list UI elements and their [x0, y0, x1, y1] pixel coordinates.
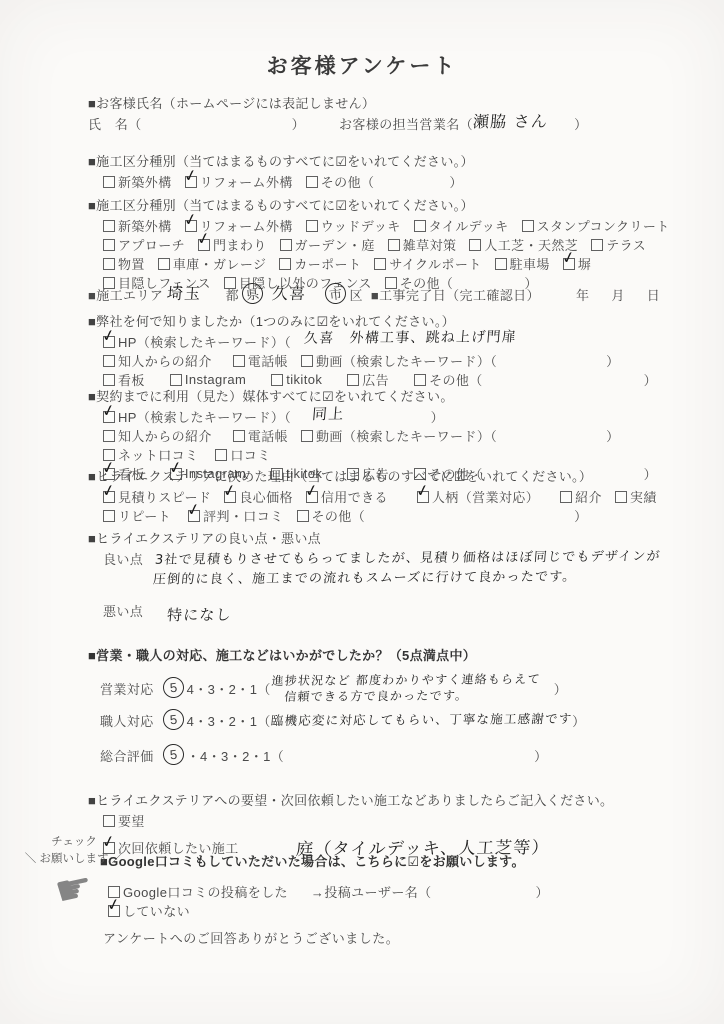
checkbox-option[interactable]: 知人からの紹介	[103, 351, 212, 370]
section-heading: ■施工区分種別（当てはまるものすべてに☑をいれてください。）	[88, 198, 684, 214]
checkbox[interactable]	[233, 430, 245, 442]
checkbox-option[interactable]: 紹介	[560, 487, 602, 506]
blank-space	[154, 755, 160, 756]
checkbox-option[interactable]: 看板	[103, 370, 145, 389]
checkbox-label: 動画（検索したキーワード）（	[316, 351, 497, 370]
blank-space	[103, 575, 153, 576]
printed-text: ）	[606, 426, 619, 445]
printed-text: 総合評価	[100, 746, 154, 765]
checkbox-option[interactable]: ✓信用できる	[306, 487, 388, 506]
form-line: 知人からの紹介電話帳動画（検索したキーワード）（）	[103, 426, 684, 445]
blank-space	[154, 688, 160, 689]
checkbox[interactable]	[103, 374, 115, 386]
printed-text: ）	[534, 746, 547, 765]
section-heading: ■営業・職人の対応、施工などはいかがでしたか？（5点満点中）	[88, 648, 684, 664]
printed-text: ）	[606, 351, 619, 370]
checkbox[interactable]	[301, 355, 313, 367]
checkbox[interactable]	[103, 355, 115, 367]
checkbox-label: HP（検索したキーワード）（	[118, 332, 291, 351]
blank-space	[510, 435, 606, 436]
checkbox-label: 門まわり	[213, 235, 267, 254]
checkbox[interactable]: ✓	[103, 411, 115, 423]
checkbox-label: 人柄（営業対応）	[432, 487, 539, 506]
printed-text: ■施工エリア	[88, 285, 163, 304]
section-heading: ■お客様氏名（ホームページには表記しません）	[88, 96, 684, 112]
printed-text: ）	[554, 679, 567, 698]
checkbox[interactable]: ✓	[198, 239, 210, 251]
checkbox[interactable]: ✓	[306, 491, 318, 503]
handwritten-text: 久喜 外構工事、跳ね上げ門扉	[304, 330, 518, 346]
printed-text: ■工事完了日（完工確認日）	[371, 285, 540, 304]
checkbox[interactable]	[414, 220, 426, 232]
checkbox[interactable]	[591, 239, 603, 251]
checkbox-label: 新築外構	[118, 216, 172, 235]
handwritten-text: 3社で見積もりさせてもらってましたが、見積り価格はほぼ同じでもデザインが	[154, 549, 661, 568]
section-heading: ■Google口コミもしていただいた場合は、こちらに☑をお願いします。	[100, 854, 684, 870]
checkbox-label: 口コミ	[230, 445, 270, 464]
printed-text: 4・3・2・1（	[187, 679, 271, 698]
checkbox-option[interactable]: その他（	[414, 370, 483, 389]
handwritten-text: 久喜	[271, 286, 307, 301]
checkbox[interactable]: ✓	[417, 491, 429, 503]
checkbox-option[interactable]: その他（	[306, 172, 375, 191]
section-ratings: ■営業・職人の対応、施工などはいかがでしたか？（5点満点中） 営業対応54・3・…	[88, 648, 684, 766]
form-line: 要望	[103, 811, 684, 830]
section-area-completion-date: ■施工エリア埼玉都県久喜市区■工事完了日（完工確認日）年月日	[88, 284, 684, 305]
checkbox-option[interactable]: 新築外構	[103, 216, 172, 235]
blank-space	[552, 496, 560, 497]
pen-circle-mark: 市	[324, 282, 347, 305]
form-line: 悪い点特になし	[103, 601, 684, 620]
pen-circle-mark: 5	[162, 675, 185, 698]
checkbox-label: 電話帳	[248, 351, 288, 370]
checkbox[interactable]	[215, 449, 227, 461]
pen-circle-mark: 5	[162, 708, 185, 731]
checkbox[interactable]	[271, 374, 283, 386]
checkbox[interactable]	[388, 239, 400, 251]
stamp-text-line1: チェック	[51, 836, 97, 848]
form-line: ✓していない	[108, 901, 684, 920]
printed-text: →投稿ユーザー名（	[311, 882, 432, 901]
printed-text: ）	[574, 114, 587, 133]
page-title: お客様アンケート	[0, 50, 724, 80]
checkbox-label: 評判・口コミ	[203, 506, 283, 525]
checkbox[interactable]	[170, 374, 182, 386]
checkbox-label: タイルデッキ	[429, 216, 509, 235]
blank-space	[466, 282, 524, 283]
checkbox[interactable]	[103, 176, 115, 188]
form-line: 物置車庫・ガレージカーポートサイクルポート駐車場✓塀	[103, 254, 684, 273]
blank-space	[345, 416, 431, 417]
blank-space	[625, 294, 647, 295]
blank-space	[143, 610, 167, 611]
blank-space	[401, 496, 417, 497]
checkbox-option[interactable]: 動画（検索したキーワード）（	[301, 351, 497, 370]
checkbox[interactable]	[103, 239, 115, 251]
printed-text: お客様の担当営業名（	[339, 114, 473, 133]
form-line: 良い点3社で見積もりさせてもらってましたが、見積り価格はほぼ同じでもデザインが	[103, 549, 684, 568]
printed-text: ）	[536, 882, 549, 901]
printed-text: 都	[226, 285, 239, 304]
checkbox[interactable]	[297, 510, 309, 522]
checkbox-label: 知人からの紹介	[118, 351, 212, 370]
blank-space	[202, 294, 226, 295]
checkbox[interactable]: ✓	[103, 491, 115, 503]
section-good-bad-points: ■ヒライエクステリアの良い点・悪い点 良い点3社で見積もりさせてもらってましたが…	[88, 531, 684, 620]
checkbox-label: ウッドデッキ	[321, 216, 401, 235]
checkbox[interactable]	[560, 491, 572, 503]
checkbox-option[interactable]: ✓評判・口コミ	[188, 506, 283, 525]
checkbox[interactable]	[233, 355, 245, 367]
checkbox-option[interactable]: ネット口コミ	[103, 445, 198, 464]
handwritten-text: 瀬脇 さん	[472, 114, 548, 130]
section-heading: ■契約までに利用（見た）媒体すべてに☑をいれてください。	[88, 389, 684, 405]
handwritten-text: 特になし	[167, 608, 233, 623]
checkbox-option[interactable]: タイルデッキ	[414, 216, 509, 235]
checkbox[interactable]: ✓	[563, 258, 575, 270]
checkbox[interactable]	[301, 430, 313, 442]
blank-space	[301, 891, 311, 892]
printed-text: ）	[574, 506, 587, 525]
checkbox-label: Instagram	[185, 372, 246, 387]
blank-space	[142, 123, 292, 124]
checkbox[interactable]	[103, 258, 115, 270]
blank-space	[387, 181, 449, 182]
blank-space	[305, 123, 339, 124]
blank-space	[540, 294, 576, 295]
checkbox-label: 信用できる	[321, 487, 388, 506]
checkbox-label: 車庫・ガレージ	[173, 254, 267, 273]
blank-space	[143, 558, 155, 559]
form-line: 知人からの紹介電話帳動画（検索したキーワード）（）	[103, 351, 684, 370]
checkbox-label: その他（	[312, 506, 366, 525]
checkbox-option[interactable]: ウッドデッキ	[306, 216, 401, 235]
printed-text: 悪い点	[103, 601, 143, 620]
blank-space	[378, 515, 574, 516]
form-line: 新築外構✓リフォーム外構その他（）	[103, 172, 684, 191]
checkbox-label: 動画（検索したキーワード）（	[316, 426, 497, 445]
checkbox-label: カーポート	[294, 254, 361, 273]
checkbox-option[interactable]: ✓人柄（営業対応）	[417, 487, 539, 506]
printed-text: ）	[644, 370, 657, 389]
checkbox-label: 物置	[118, 254, 145, 273]
printed-text: 良い点	[103, 549, 143, 568]
form-line: ✓HP（検索したキーワード）（久喜 外構工事、跳ね上げ門扉	[103, 332, 684, 351]
checkbox-label: 雑草対策	[403, 235, 457, 254]
section-heading: ■ヒライエクステリアに決めた理由（当てはまるものすべてに☑をいれてください。）	[88, 469, 684, 485]
section-how-found: ■弊社を何で知りましたか（1つのみに☑をいれてください。） ✓HP（検索したキー…	[88, 314, 684, 389]
section-heading: ■弊社を何で知りましたか（1つのみに☑をいれてください。）	[88, 314, 684, 330]
checkbox[interactable]	[522, 220, 534, 232]
checkbox-label: サイクルポート	[389, 254, 481, 273]
checkbox[interactable]	[306, 176, 318, 188]
checkbox-option[interactable]: 要望	[103, 811, 145, 830]
checkbox[interactable]	[414, 374, 426, 386]
printed-text: 職人対応	[100, 711, 154, 730]
checkbox[interactable]	[280, 239, 292, 251]
printed-text: ）	[431, 407, 444, 426]
checkbox[interactable]	[103, 220, 115, 232]
handwritten-text: 圧倒的に良く、施工までの流れもスムーズに行けて良かったです。	[152, 570, 577, 588]
form-line: 新築外構✓リフォーム外構ウッドデッキタイルデッキスタンプコンクリート	[103, 216, 684, 235]
survey-page: お客様アンケート ■お客様氏名（ホームページには表記しません） 氏 名（）お客様…	[0, 0, 724, 1024]
checkbox[interactable]	[306, 220, 318, 232]
handwritten-text: 進捗状況など 都度わかりやすく連絡もらえて信頼できる方で良かったです。	[269, 671, 541, 705]
section-heading: ■施工区分種別（当てはまるものすべてに☑をいれてください。）	[88, 154, 684, 170]
blank-space	[306, 294, 322, 295]
blank-space	[158, 379, 170, 380]
checkbox[interactable]	[374, 258, 386, 270]
blank-space	[252, 847, 296, 848]
form-line: ネット口コミ口コミ	[103, 445, 684, 464]
blank-space	[284, 755, 534, 756]
form-line: ■施工エリア埼玉都県久喜市区■工事完了日（完工確認日）年月日	[88, 284, 684, 305]
checkbox-option[interactable]: 物置	[103, 254, 145, 273]
checkbox-option[interactable]: ✓HP（検索したキーワード）（	[103, 332, 291, 351]
checkbox-option[interactable]: 広告	[347, 370, 389, 389]
checkbox-option[interactable]: ✓門まわり	[198, 235, 267, 254]
check-please-stamp: チェック ＼ お願いします ／ ☛	[14, 834, 134, 910]
checkbox[interactable]	[279, 258, 291, 270]
checkbox-label: 要望	[118, 811, 145, 830]
blank-space	[402, 379, 414, 380]
checkbox-option[interactable]: スタンプコンクリート	[522, 216, 670, 235]
pen-circle-mark: 県	[241, 282, 264, 305]
checkbox-option[interactable]: 口コミ	[215, 445, 270, 464]
checkbox-label: tikitok	[286, 372, 322, 387]
checkbox-option[interactable]: tikitok	[271, 372, 322, 387]
section-heading: ■ヒライエクステリアの良い点・悪い点	[88, 531, 684, 547]
section-requests: ■ヒライエクステリアへの要望・次回依頼したい施工などありましたらご記入ください。…	[88, 793, 684, 857]
check-mark-icon: ✓	[182, 210, 198, 228]
checkbox[interactable]: ✓	[185, 176, 197, 188]
blank-space	[589, 294, 611, 295]
checkbox-option[interactable]: 知人からの紹介	[103, 426, 212, 445]
checkbox-label: 新築外構	[118, 172, 172, 191]
checkbox-label: 駐車場	[510, 254, 550, 273]
printed-text: 氏 名（	[88, 114, 142, 133]
checkbox-label: 広告	[362, 370, 389, 389]
checkbox-option[interactable]: Instagram	[170, 372, 246, 387]
printed-text: ）	[449, 172, 462, 191]
checkbox-option[interactable]: 新築外構	[103, 172, 172, 191]
checkbox-label: 実績	[630, 487, 657, 506]
checkbox-option[interactable]: ✓リフォーム外構	[185, 172, 293, 191]
form-line: 氏 名（）お客様の担当営業名（瀬脇 さん）	[88, 114, 684, 133]
checkbox-option[interactable]: カーポート	[279, 254, 361, 273]
section-construction-type-1: ■施工区分種別（当てはまるものすべてに☑をいれてください。） 新築外構✓リフォー…	[88, 154, 684, 191]
printed-text: 月	[611, 285, 624, 304]
checkbox-label: ガーデン・庭	[295, 235, 375, 254]
checkbox-option[interactable]: 電話帳	[233, 426, 288, 445]
checkbox[interactable]	[347, 374, 359, 386]
checkbox[interactable]	[158, 258, 170, 270]
pen-circle-mark: 5	[162, 743, 185, 766]
checkbox-label: 紹介	[575, 487, 602, 506]
checkbox-label: その他（	[429, 370, 483, 389]
checkbox-label: 塀	[578, 254, 591, 273]
checkbox[interactable]	[103, 510, 115, 522]
checkbox-label: HP（検索したキーワード）（	[118, 407, 291, 426]
blank-space	[335, 379, 347, 380]
check-mark-icon: ✓	[560, 248, 576, 266]
checkbox-option[interactable]: サイクルポート	[374, 254, 481, 273]
blank-space	[510, 360, 606, 361]
form-line: ✓HP（検索したキーワード）（同上）	[103, 407, 684, 426]
checkbox-option[interactable]: ✓HP（検索したキーワード）（	[103, 407, 291, 426]
blank-space	[225, 360, 233, 361]
checkbox-option[interactable]: ✓塀	[563, 254, 591, 273]
form-line: リピート✓評判・口コミその他（）	[103, 506, 684, 525]
thanks-message: アンケートへのご回答ありがとうございました。	[103, 928, 399, 947]
checkbox-option[interactable]: 駐車場	[495, 254, 550, 273]
checkbox-label: 良心価格	[239, 487, 293, 506]
blank-space	[225, 435, 233, 436]
checkbox-label: リフォーム外構	[200, 172, 293, 191]
section-heading: ■ヒライエクステリアへの要望・次回依頼したい施工などありましたらご記入ください。	[88, 793, 684, 809]
checkbox-label: リピート	[118, 506, 171, 525]
handwritten-text: 同上	[312, 407, 346, 422]
checkbox[interactable]	[103, 815, 115, 827]
checkbox[interactable]: ✓	[188, 510, 200, 522]
checkbox-label: テラス	[606, 235, 646, 254]
checkbox-option[interactable]: その他（	[297, 506, 366, 525]
printed-text: 区	[349, 285, 362, 304]
form-line: 圧倒的に良く、施工までの流れもスムーズに行けて良かったです。	[103, 568, 684, 583]
blank-space	[363, 294, 371, 295]
check-mark-icon: ✓	[182, 166, 198, 184]
checkbox-label: 電話帳	[248, 426, 288, 445]
blank-space	[540, 688, 554, 689]
checkbox-label: リフォーム外構	[200, 216, 293, 235]
section-customer-name: ■お客様氏名（ホームページには表記しません） 氏 名（）お客様の担当営業名（瀬脇…	[88, 96, 684, 133]
printed-text: 年	[576, 285, 589, 304]
printed-text: ・4・3・2・1（	[187, 746, 285, 765]
rating-row-sales: 営業対応54・3・2・1（進捗状況など 都度わかりやすく連絡もらえて信頼できる方…	[100, 672, 684, 704]
rating-row-craftsman: 職人対応54・3・2・1（臨機応変に対応してもらい、丁寧な施工感謝です）	[100, 710, 684, 731]
checkbox[interactable]: ✓	[103, 336, 115, 348]
checkbox-option[interactable]: 車庫・ガレージ	[158, 254, 267, 273]
blank-space	[432, 891, 536, 892]
printed-text: 営業対応	[100, 679, 154, 698]
blank-space	[154, 720, 160, 721]
blank-space	[548, 123, 574, 124]
section-construction-type-2: ■施工区分種別（当てはまるものすべてに☑をいれてください。） 新築外構✓リフォー…	[88, 198, 684, 292]
handwritten-text: 臨機応変に対応してもらい、丁寧な施工感謝です	[270, 711, 573, 728]
section-google-review: ■Google口コミもしていただいた場合は、こちらに☑をお願いします。 Goog…	[100, 854, 684, 920]
form-line: アプローチ✓門まわりガーデン・庭雑草対策人工芝・天然芝テラス	[103, 235, 684, 254]
checkbox-label: スタンプコンクリート	[537, 216, 670, 235]
checkbox[interactable]	[469, 239, 481, 251]
handwritten-line: 進捗状況など 都度わかりやすく連絡もらえて	[271, 671, 541, 689]
printed-text: 4・3・2・1（	[187, 711, 271, 730]
checkbox-option[interactable]: ✓良心価格	[224, 487, 293, 506]
checkbox-label: 看板	[118, 370, 145, 389]
checkbox[interactable]	[495, 258, 507, 270]
checkbox-label: ネット口コミ	[118, 445, 198, 464]
checkbox-option[interactable]: 雑草対策	[388, 235, 457, 254]
checkbox-label: Google口コミの投稿をした	[123, 882, 288, 901]
form-line: 看板Instagramtikitok広告その他（）	[103, 370, 684, 389]
form-line: Google口コミの投稿をした→投稿ユーザー名（）	[108, 882, 684, 901]
printed-text: ）	[572, 711, 585, 730]
blank-space	[259, 379, 271, 380]
checkbox-label: アプローチ	[118, 235, 185, 254]
printed-text: 日	[647, 285, 660, 304]
handwritten-line: 信頼できる方で良かったです。	[283, 687, 539, 705]
checkbox-option[interactable]: ガーデン・庭	[280, 235, 375, 254]
checkbox-option[interactable]: 電話帳	[233, 351, 288, 370]
checkbox-label: その他（	[321, 172, 375, 191]
checkbox-option[interactable]: リピート	[103, 506, 171, 525]
handwritten-text: 埼玉	[167, 286, 203, 301]
checkbox[interactable]	[103, 430, 115, 442]
printed-text: ）	[292, 114, 305, 133]
blank-space	[496, 379, 644, 380]
checkbox[interactable]	[615, 491, 627, 503]
checkbox-option[interactable]: テラス	[591, 235, 646, 254]
rating-row-overall: 総合評価5・4・3・2・1（）	[100, 745, 684, 766]
checkbox-option[interactable]: 動画（検索したキーワード）（	[301, 426, 497, 445]
checkbox-option[interactable]: 実績	[615, 487, 657, 506]
checkbox-option[interactable]: アプローチ	[103, 235, 185, 254]
checkbox-label: 知人からの紹介	[118, 426, 212, 445]
checkbox[interactable]: ✓	[224, 491, 236, 503]
section-reason-chosen: ■ヒライエクステリアに決めた理由（当てはまるものすべてに☑をいれてください。） …	[88, 469, 684, 525]
